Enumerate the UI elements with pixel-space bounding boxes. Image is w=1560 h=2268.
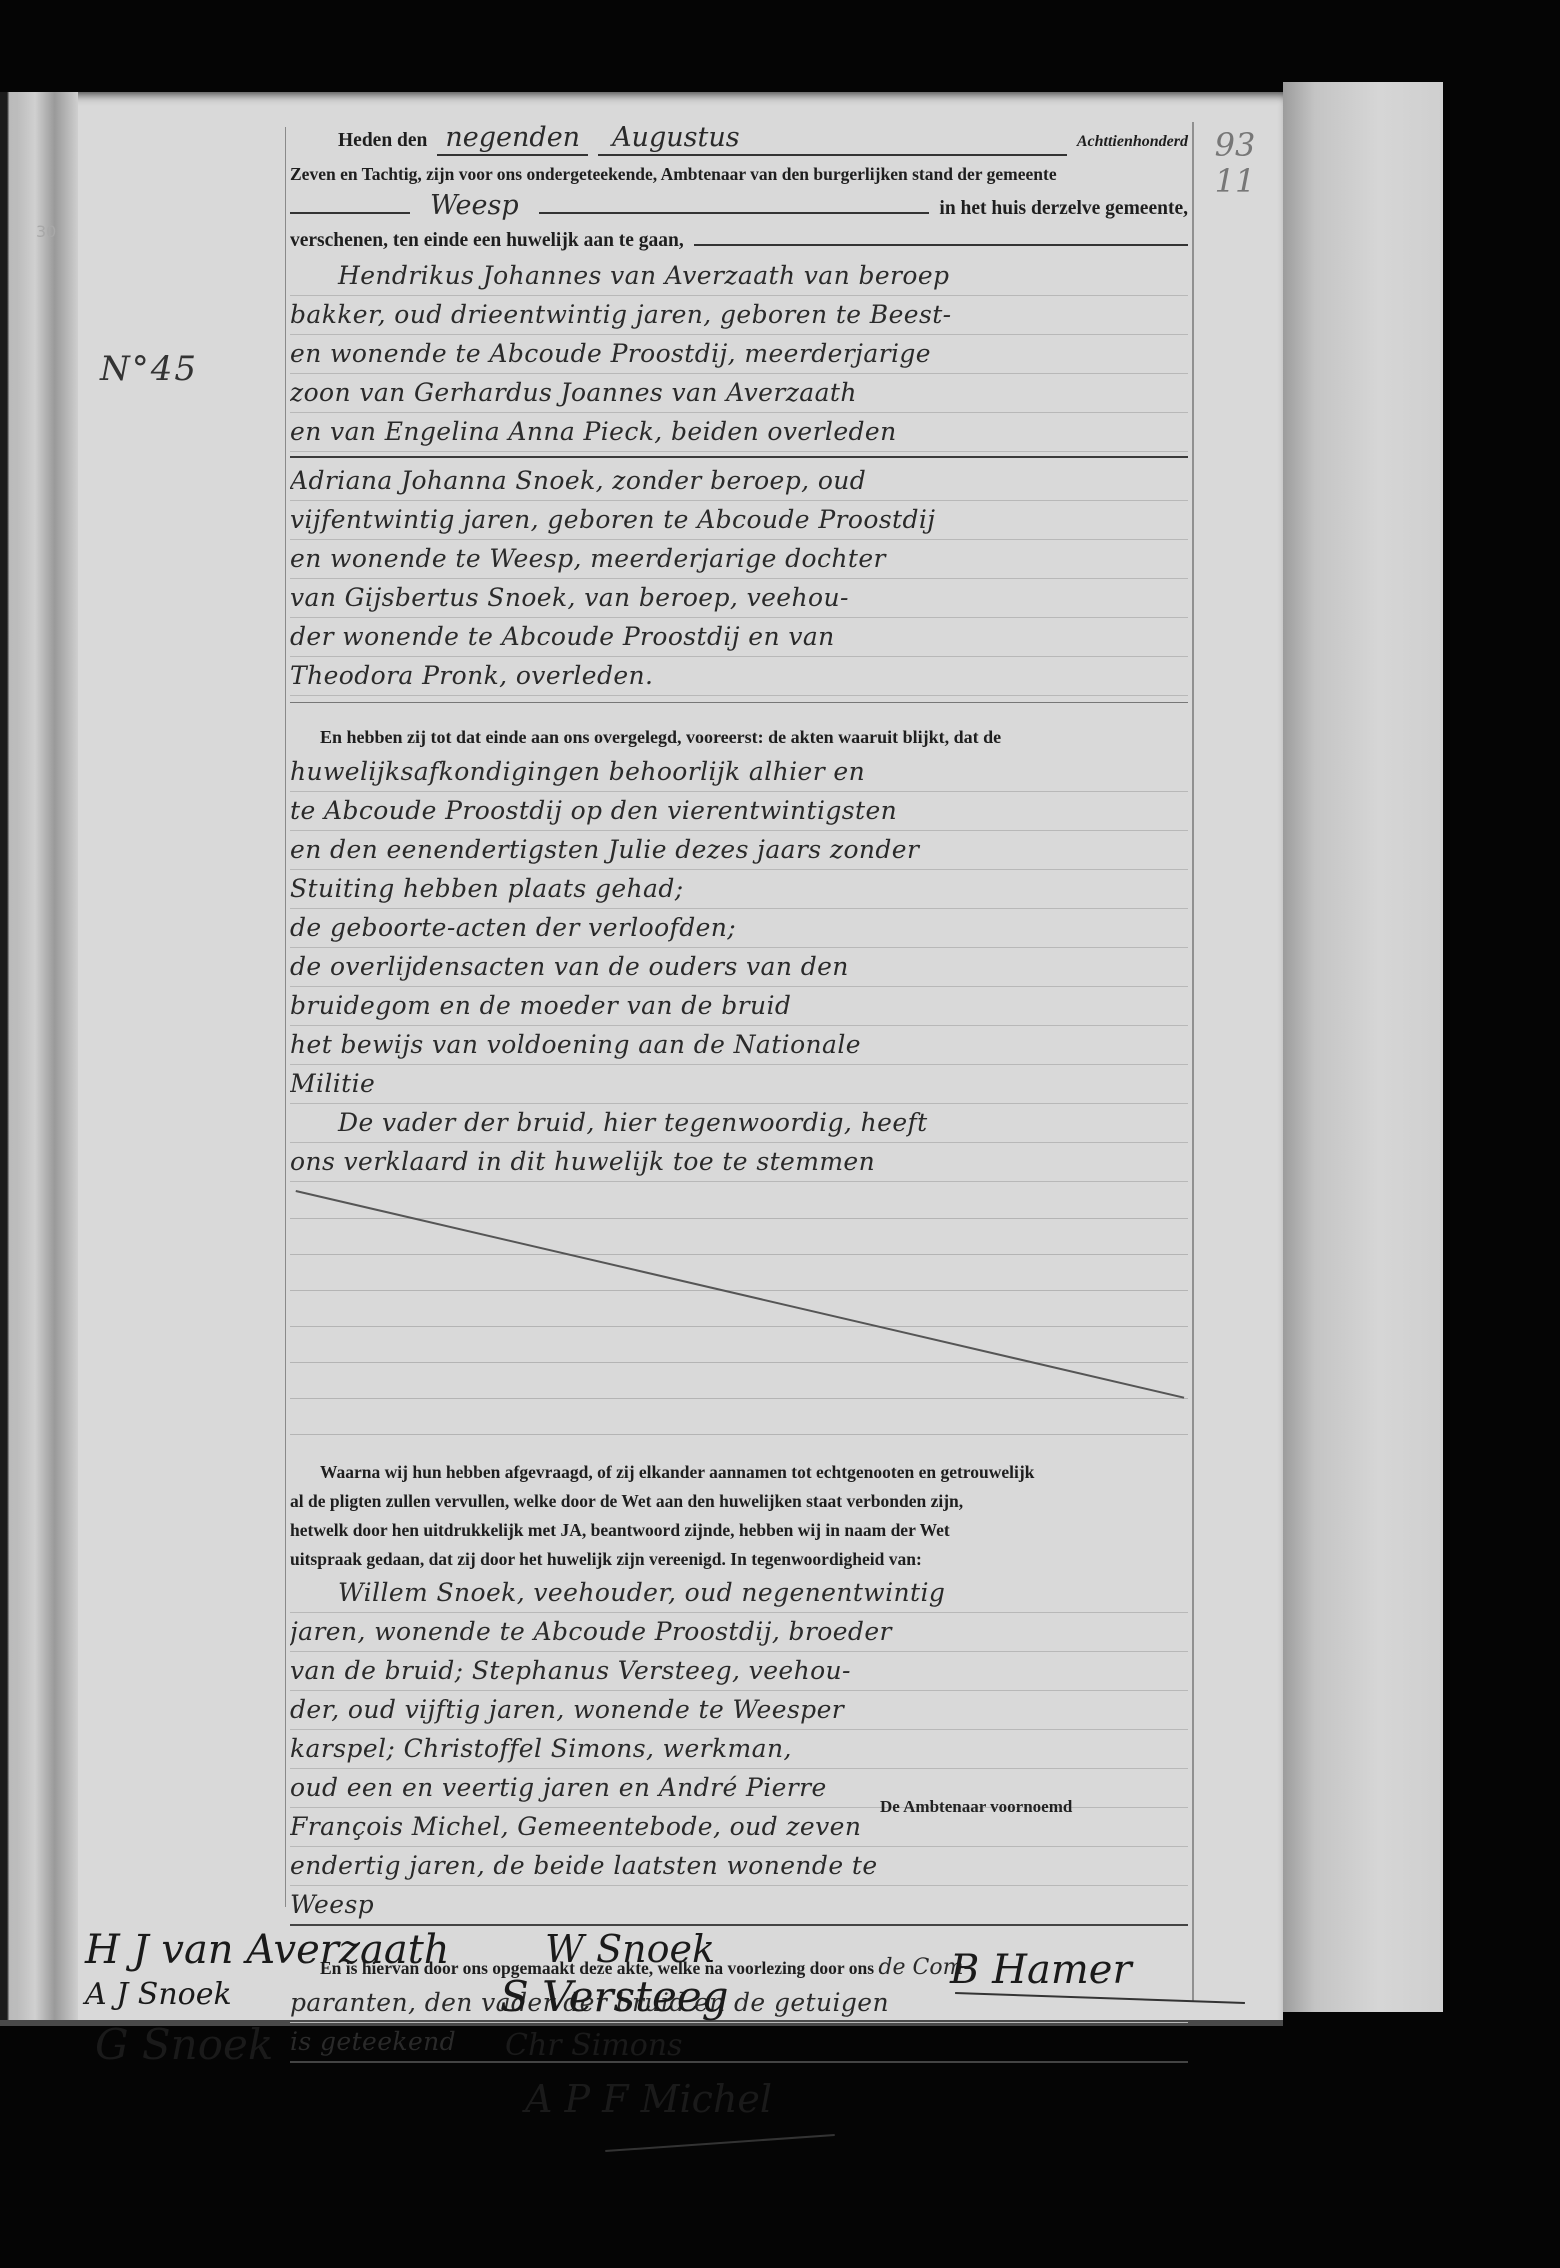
witness-line: Weesp (290, 1886, 1188, 1926)
bride-line: en wonende te Weesp, meerderjarige docht… (290, 540, 1188, 579)
certificate-form: Heden den negenden Augustus Achttienhond… (290, 122, 1188, 2063)
groom-line: Hendrikus Johannes van Averzaath van ber… (290, 257, 1188, 296)
date-day: negenden (437, 122, 588, 156)
cancelled-blank-lines (290, 1182, 1188, 1440)
appearance-line: verschenen, ten einde een huwelijk aan t… (290, 225, 1188, 257)
certificate-page: 30 N°45 93 11 Heden den negenden Augustu… (0, 92, 1283, 2026)
bride-line: Theodora Pronk, overleden. (290, 657, 1188, 696)
documents-intro: En hebben zij tot dat einde aan ons over… (290, 721, 1188, 753)
cancel-stroke (296, 1190, 1185, 1399)
witness-line: van de bruid; Stephanus Versteeg, veehou… (290, 1652, 1188, 1691)
margin-line (285, 127, 286, 1907)
signature-witness-3: Chr Simons (505, 2028, 683, 2063)
date-month: Augustus (598, 122, 1067, 156)
official-label: De Ambtenaar voornoemd (880, 1797, 1072, 1817)
date-prefix: Heden den (338, 125, 427, 157)
date-year-prefix: Achttienhonderd (1077, 126, 1188, 158)
signature-witness-1: W Snoek (545, 1927, 715, 1971)
signature-bride: A J Snoek (85, 1977, 232, 2012)
folio-number-2: 11 (1200, 163, 1270, 199)
official-line: Zeven en Tachtig, zijn voor ons onderget… (290, 158, 1188, 190)
appearance-text: verschenen, ten einde een huwelijk aan t… (290, 225, 684, 257)
signature-underline (605, 2134, 835, 2152)
documents-line: Stuiting hebben plaats gehad; (290, 870, 1188, 909)
groom-section: Hendrikus Johannes van Averzaath van ber… (290, 257, 1188, 452)
documents-line: ons verklaard in dit huwelijk toe te ste… (290, 1143, 1188, 1182)
signature-witness-2: S Versteeg (500, 1972, 729, 2021)
bride-line: vijfentwintig jaren, geboren te Abcoude … (290, 501, 1188, 540)
documents-line: de geboorte-acten der verloofden; (290, 909, 1188, 948)
documents-line: bruidegom en de moeder van de bruid (290, 987, 1188, 1026)
groom-line: zoon van Gerhardus Joannes van Averzaath (290, 374, 1188, 413)
documents-section: huwelijksafkondigingen behoorlijk alhier… (290, 753, 1188, 1182)
witness-line: karspel; Christoffel Simons, werkman, (290, 1730, 1188, 1769)
groom-line: en van Engelina Anna Pieck, beiden overl… (290, 413, 1188, 452)
closing-line: uitspraak gedaan, dat zij door het huwel… (290, 1545, 1188, 1574)
signing-line: is geteekend (290, 2023, 1188, 2063)
folio-numbers: 93 11 (1200, 127, 1270, 199)
closing-line: hetwelk door hen uitdrukkelijk met JA, b… (290, 1516, 1188, 1545)
witness-line: jaren, wonende te Abcoude Proostdij, bro… (290, 1613, 1188, 1652)
documents-line: Militie (290, 1065, 1188, 1104)
groom-line: bakker, oud drieentwintig jaren, geboren… (290, 296, 1188, 335)
right-margin-line (1192, 122, 1194, 2002)
book-binding (0, 92, 78, 2020)
documents-line: te Abcoude Proostdij op den vierentwinti… (290, 792, 1188, 831)
signature-groom: H J van Averzaath (85, 1927, 450, 1973)
closing-line: Waarna wij hun hebben afgevraagd, of zij… (290, 1458, 1188, 1487)
folio-number-1: 93 (1200, 127, 1270, 163)
bride-line: der wonende te Abcoude Proostdij en van (290, 618, 1188, 657)
witness-line: der, oud vijftig jaren, wonende te Weesp… (290, 1691, 1188, 1730)
date-line: Heden den negenden Augustus Achttienhond… (290, 122, 1188, 158)
record-number: N°45 (100, 349, 198, 389)
edge-number: 30 (36, 222, 56, 241)
section-divider (290, 456, 1188, 458)
bride-line: Adriana Johanna Snoek, zonder beroep, ou… (290, 462, 1188, 501)
bride-line: van Gijsbertus Snoek, van beroep, veehou… (290, 579, 1188, 618)
documents-line: en den eenendertigsten Julie dezes jaars… (290, 831, 1188, 870)
groom-line: en wonende te Abcoude Proostdij, meerder… (290, 335, 1188, 374)
witness-line: endertig jaren, de beide laatsten wonend… (290, 1847, 1188, 1886)
documents-line: de overlijdensacten van de ouders van de… (290, 948, 1188, 987)
witness-line: Willem Snoek, veehouder, oud negenentwin… (290, 1574, 1188, 1613)
bride-section: Adriana Johanna Snoek, zonder beroep, ou… (290, 462, 1188, 696)
closing-line: al de pligten zullen vervullen, welke do… (290, 1487, 1188, 1516)
municipality-line: Weesp in het huis derzelve gemeente, (290, 190, 1188, 225)
signature-witness-4: A P F Michel (525, 2077, 772, 2121)
documents-line: De vader der bruid, hier tegenwoordig, h… (290, 1104, 1188, 1143)
documents-line: huwelijksafkondigingen behoorlijk alhier… (290, 753, 1188, 792)
municipality-suffix: in het huis derzelve gemeente, (939, 193, 1188, 225)
facing-page-flap (1283, 82, 1443, 2012)
documents-line: het bewijs van voldoening aan de Nationa… (290, 1026, 1188, 1065)
closing-paragraph: Waarna wij hun hebben afgevraagd, of zij… (290, 1458, 1188, 1574)
municipality: Weesp (420, 190, 529, 222)
witnesses-section: Willem Snoek, veehouder, oud negenentwin… (290, 1574, 1188, 1926)
signature-official: B Hamer (950, 1947, 1132, 1993)
signature-father: G Snoek (95, 2020, 273, 2069)
